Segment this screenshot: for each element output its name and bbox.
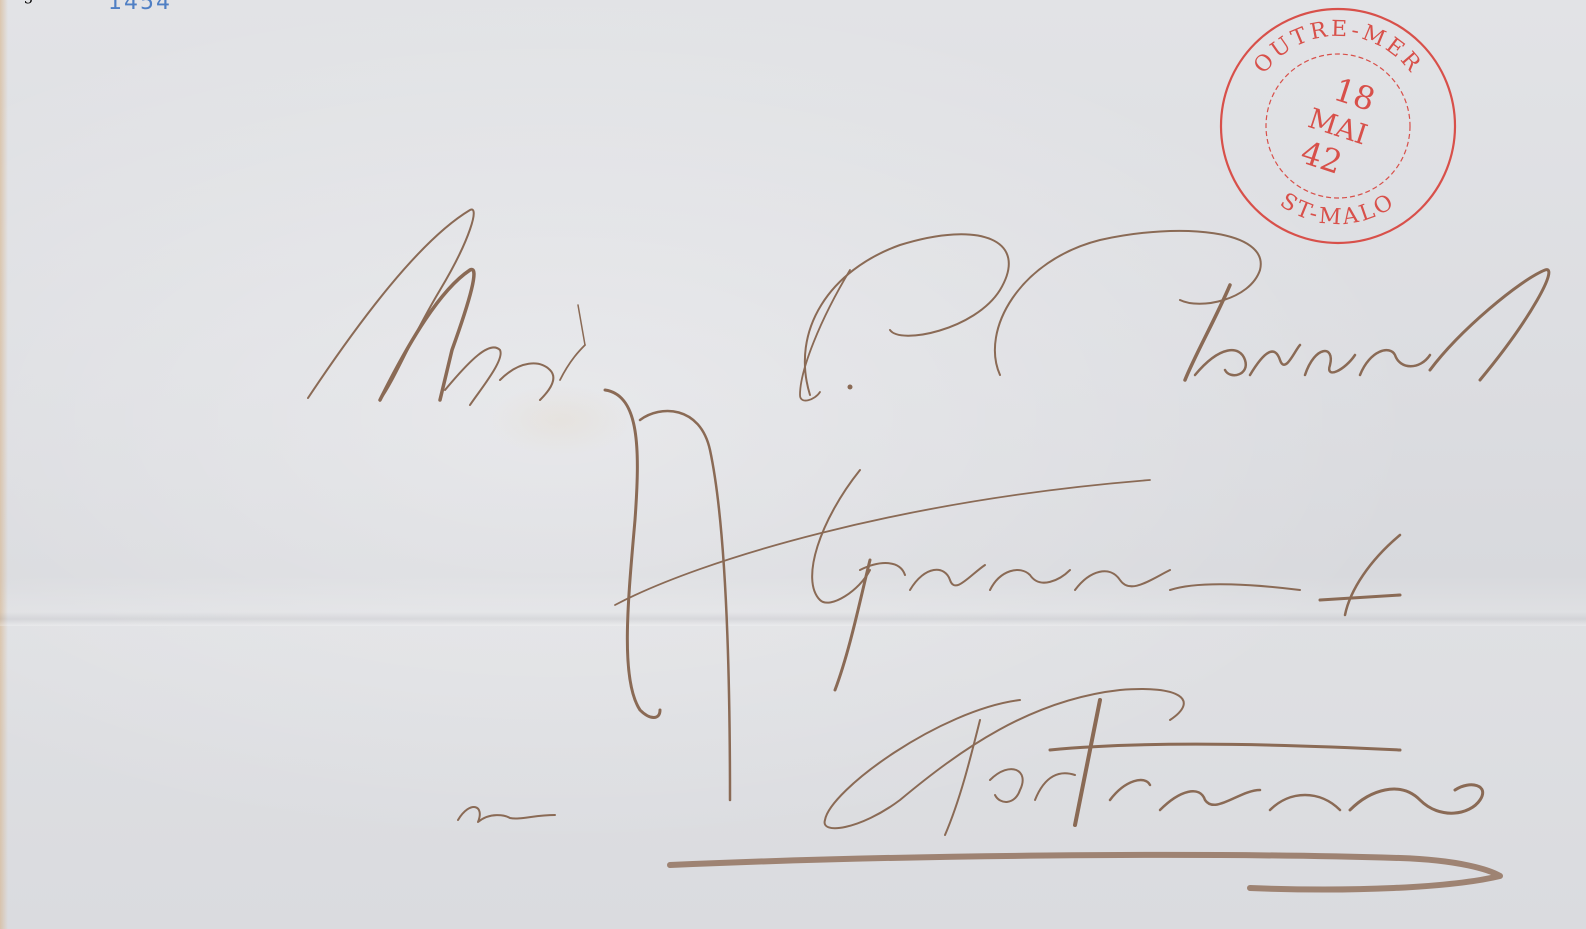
- letter-cover: 1454 OUTRE-MER ST-MALO 18 MAI 42: [0, 0, 1586, 929]
- tax-mark: 9: [0, 0, 10, 4]
- manuscript-address: Monsr P. Rousseel Négociant au Portrieux…: [0, 0, 1586, 929]
- address-line-3: Portrieux: [0, 0, 75, 4]
